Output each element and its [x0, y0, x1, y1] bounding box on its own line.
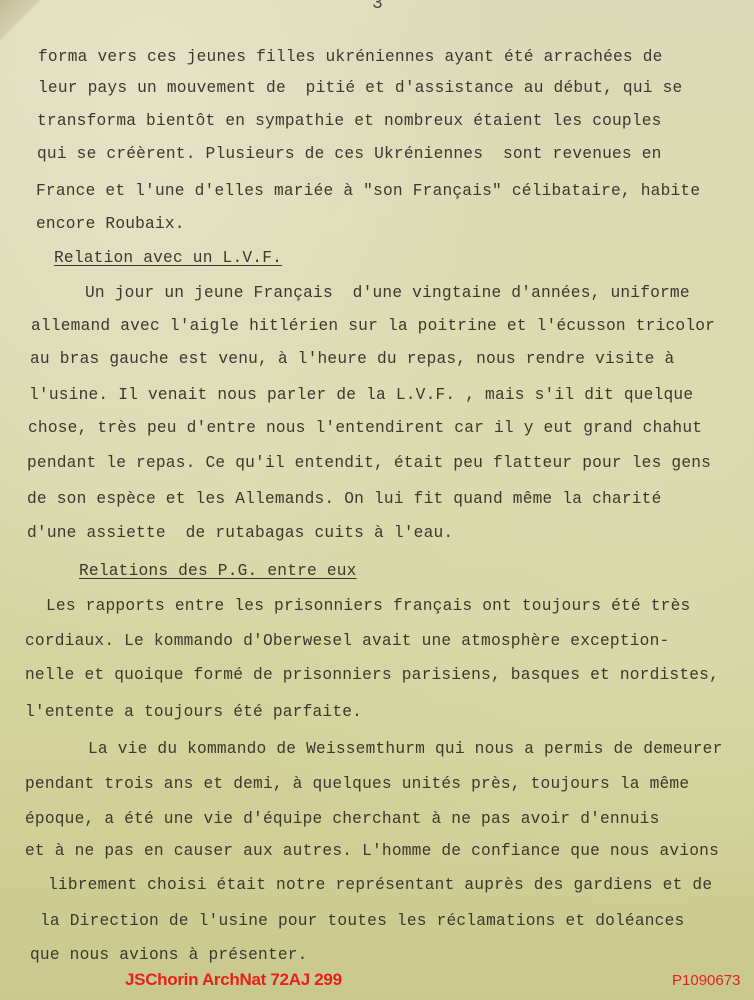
text-line: Un jour un jeune Français d'une vingtain…	[85, 284, 690, 302]
section-heading-pg: Relations des P.G. entre eux	[79, 562, 357, 580]
text-line: qui se créèrent. Plusieurs de ces Ukréni…	[37, 145, 662, 163]
page-number: 3	[372, 0, 383, 14]
photo-id-watermark: P1090673	[672, 972, 740, 989]
text-line: France et l'une d'elles mariée à "son Fr…	[36, 182, 700, 200]
text-line: librement choisi était notre représentan…	[48, 876, 712, 894]
text-line: pendant trois ans et demi, à quelques un…	[25, 775, 689, 793]
text-line: cordiaux. Le kommando d'Oberwesel avait …	[25, 632, 669, 650]
text-line: leur pays un mouvement de pitié et d'ass…	[38, 79, 682, 97]
text-line: d'une assiette de rutabagas cuits à l'ea…	[27, 524, 453, 542]
archive-reference-watermark: JSChorin ArchNat 72AJ 299	[125, 970, 342, 990]
text-line: l'usine. Il venait nous parler de la L.V…	[29, 386, 693, 404]
text-line: et à ne pas en causer aux autres. L'homm…	[25, 842, 719, 860]
text-line: au bras gauche est venu, à l'heure du re…	[30, 350, 674, 368]
text-line: chose, très peu d'entre nous l'entendire…	[28, 419, 702, 437]
text-line: allemand avec l'aigle hitlérien sur la p…	[31, 317, 715, 335]
text-line: encore Roubaix.	[36, 215, 185, 233]
page-corner-shadow	[0, 0, 40, 40]
text-line: forma vers ces jeunes filles ukréniennes…	[38, 48, 663, 66]
text-line: que nous avions à présenter.	[30, 946, 308, 964]
text-line: la Direction de l'usine pour toutes les …	[40, 912, 684, 930]
text-line: transforma bientôt en sympathie et nombr…	[37, 112, 662, 130]
section-heading-lvf: Relation avec un L.V.F.	[54, 249, 282, 267]
text-line: Les rapports entre les prisonniers franç…	[46, 597, 690, 615]
text-line: l'entente a toujours été parfaite.	[25, 703, 362, 721]
text-line: La vie du kommando de Weissemthurm qui n…	[88, 740, 723, 758]
text-line: nelle et quoique formé de prisonniers pa…	[25, 666, 719, 684]
text-line: de son espèce et les Allemands. On lui f…	[27, 490, 662, 508]
text-line: époque, a été une vie d'équipe cherchant…	[25, 810, 660, 828]
text-line: pendant le repas. Ce qu'il entendit, éta…	[27, 454, 711, 472]
